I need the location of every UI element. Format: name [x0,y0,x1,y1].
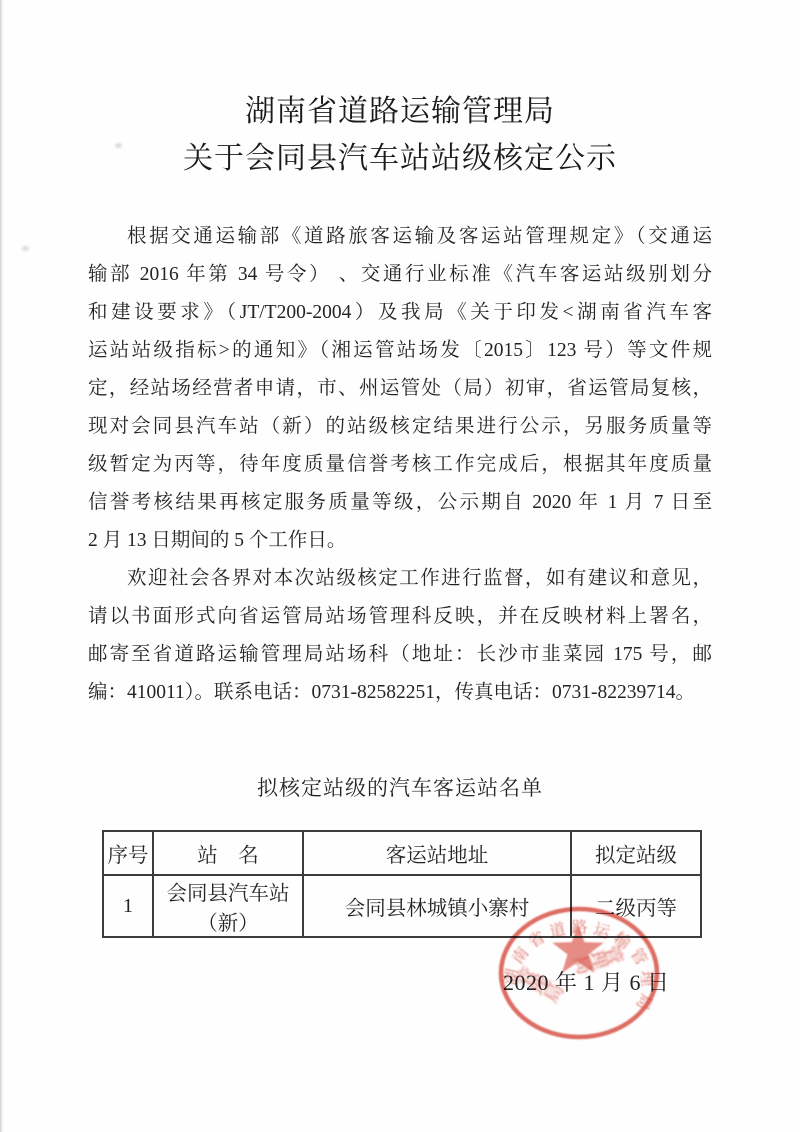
table-caption: 拟核定站级的汽车客运站名单 [0,772,800,802]
header-address: 客运站地址 [303,831,571,875]
title-line-1: 湖南省道路运输管理局 [0,88,800,135]
body-line: 请以书面形式向省运管局站场管理科反映，并在反映材料上署名， [88,598,712,636]
body-line: 根据交通运输部《道路旅客运输及客运站管理规定》（交通运 [88,218,712,256]
document-page: 湖南省道路运输管理局 关于会同县汽车站站级核定公示 根据交通运输部《道路旅客运输… [0,0,800,1132]
body-line: 级暂定为丙等，待年度质量信誉考核工作完成后，根据其年度质量 [88,446,712,484]
body-line: 邮寄至省道路运输管理局站场科（地址：长沙市韭菜园 175 号，邮 [88,636,712,674]
document-title: 湖南省道路运输管理局 关于会同县汽车站站级核定公示 [0,88,800,182]
body-line: 编：410011）。联系电话：0731-82582251，传真电话：0731-8… [88,674,712,712]
body-line: 信誉考核结果再核定服务质量等级，公示期自 2020 年 1 月 7 日至 [88,484,712,522]
cell-level: 二级丙等 [571,875,701,937]
table-header-row: 序号 站 名 客运站地址 拟定站级 [103,831,701,875]
body-line: 现对会同县汽车站（新）的站级核定结果进行公示，另服务质量等 [88,408,712,446]
cell-seq: 1 [103,875,153,937]
body-line: 运站站级指标>的通知》（湘运管站场发〔2015〕123 号）等文件规 [88,332,712,370]
document-date: 2020 年 1 月 6 日 [503,966,670,997]
title-line-2: 关于会同县汽车站站级核定公示 [0,135,800,182]
body-text: 根据交通运输部《道路旅客运输及客运站管理规定》（交通运 输部 2016 年第 3… [88,218,712,712]
station-table: 序号 站 名 客运站地址 拟定站级 1 会同县汽车站（新） 会同县林城镇小寨村 … [102,830,702,938]
body-line: 和建设要求》（JT/T200-2004）及我局《关于印发<湖南省汽车客 [88,294,712,332]
body-line: 2 月 13 日期间的 5 个工作日。 [88,522,712,560]
body-line: 欢迎社会各界对本次站级核定工作进行监督，如有建议和意见， [88,560,712,598]
cell-address: 会同县林城镇小寨村 [303,875,571,937]
header-name: 站 名 [153,831,303,875]
table-row: 1 会同县汽车站（新） 会同县林城镇小寨村 二级丙等 [103,875,701,937]
header-seq: 序号 [103,831,153,875]
cell-name: 会同县汽车站（新） [153,875,303,937]
scan-smudge [22,246,29,251]
header-level: 拟定站级 [571,831,701,875]
body-line: 输部 2016 年第 34 号令） 、交通行业标准《汽车客运站级别划分 [88,256,712,294]
body-line: 定，经站场经营者申请，市、州运管处（局）初审，省运管局复核， [88,370,712,408]
